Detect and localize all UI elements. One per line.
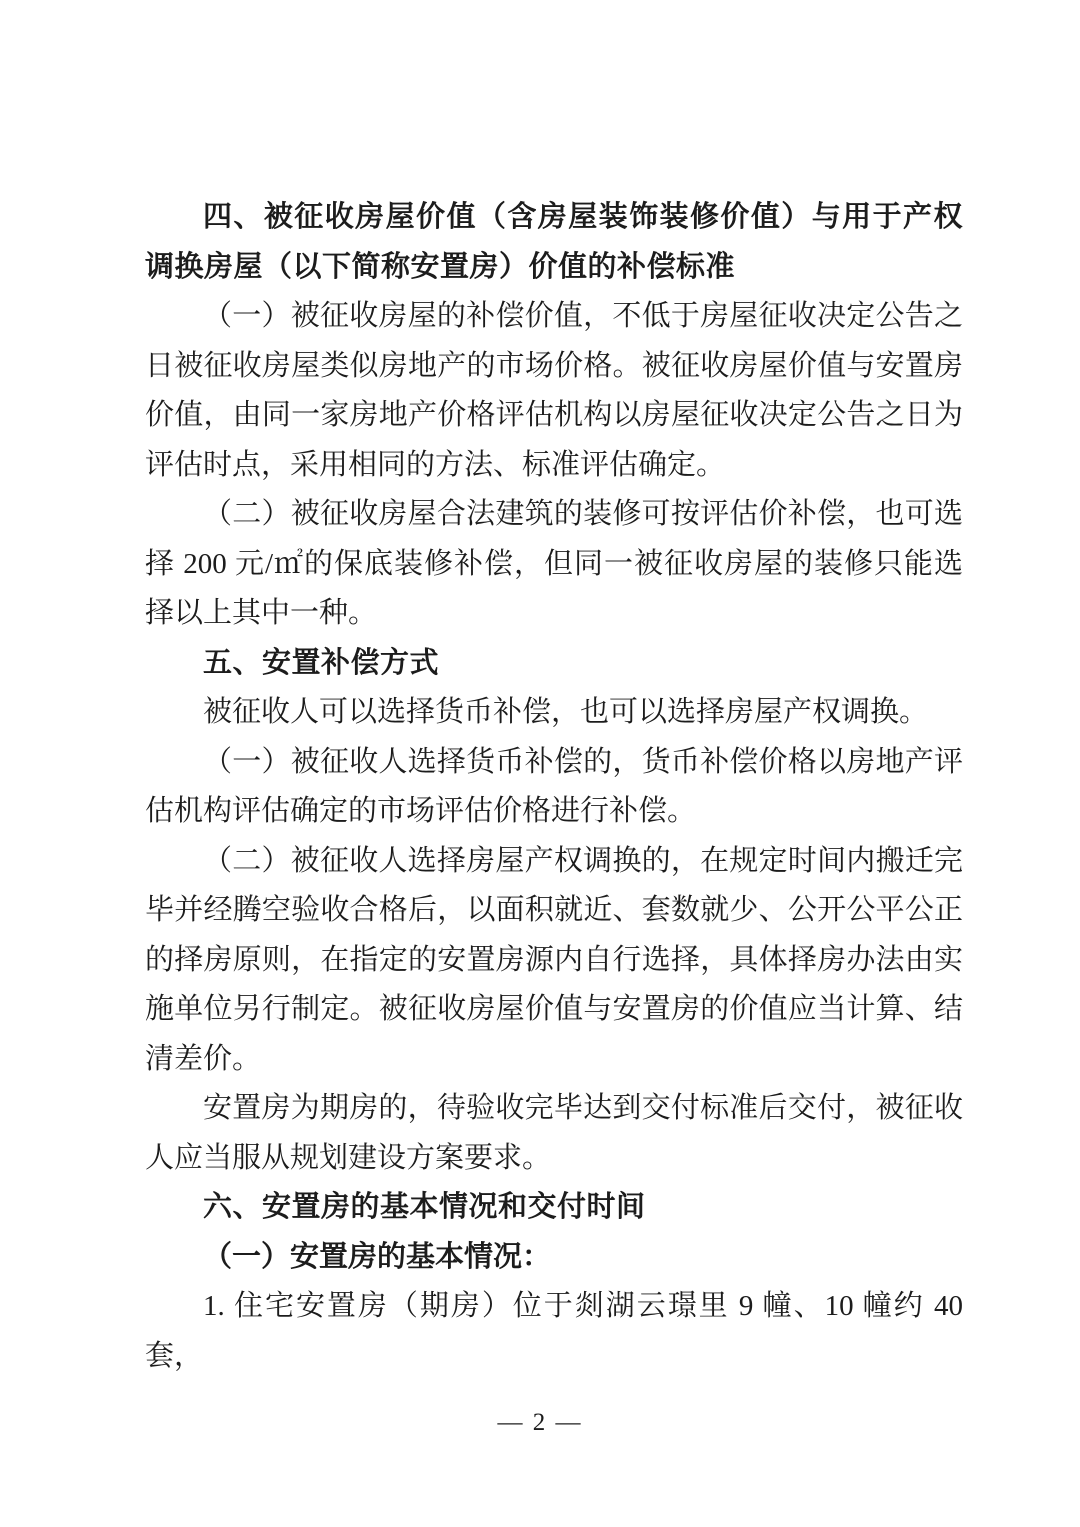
paragraph: （一）被征收房屋的补偿价值，不低于房屋征收决定公告之日被征收房屋类似房地产的市场… [145, 292, 963, 490]
document-page: 四、被征收房屋价值（含房屋装饰装修价值）与用于产权调换房屋（以下简称安置房）价值… [0, 0, 1080, 1527]
document-content: 四、被征收房屋价值（含房屋装饰装修价值）与用于产权调换房屋（以下简称安置房）价值… [145, 193, 963, 1381]
paragraph: （二）被征收人选择房屋产权调换的，在规定时间内搬迁完毕并经腾空验收合格后，以面积… [145, 837, 963, 1085]
section-heading: 六、安置房的基本情况和交付时间 [145, 1183, 963, 1233]
paragraph: （一）被征收人选择货币补偿的，货币补偿价格以房地产评估机构评估确定的市场评估价格… [145, 738, 963, 837]
paragraph: 1. 住宅安置房（期房）位于剡湖云璟里 9 幢、10 幢约 40 套， [145, 1282, 963, 1381]
sub-heading: （一）安置房的基本情况： [145, 1233, 963, 1283]
section-heading: 五、安置补偿方式 [145, 639, 963, 689]
page-number: — 2 — [0, 1408, 1080, 1438]
section-heading: 四、被征收房屋价值（含房屋装饰装修价值）与用于产权调换房屋（以下简称安置房）价值… [145, 193, 963, 292]
paragraph: （二）被征收房屋合法建筑的装修可按评估价补偿，也可选择 200 元/㎡的保底装修… [145, 490, 963, 639]
paragraph: 被征收人可以选择货币补偿，也可以选择房屋产权调换。 [145, 688, 963, 738]
paragraph: 安置房为期房的，待验收完毕达到交付标准后交付，被征收人应当服从规划建设方案要求。 [145, 1084, 963, 1183]
